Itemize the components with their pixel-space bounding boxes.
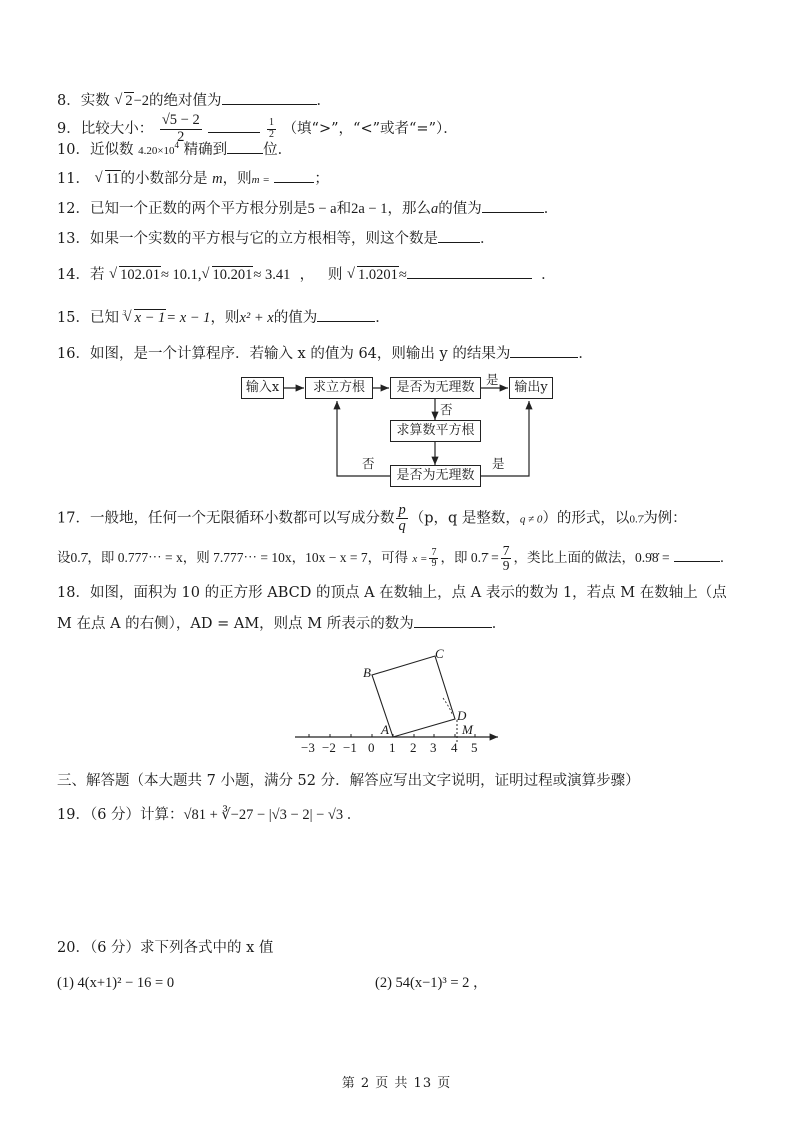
question-20: 20．（6 分）求下列各式中的 x 值 [57, 938, 273, 958]
flow-label-no-1: 否 [440, 400, 453, 418]
point-label-b: B [363, 665, 371, 681]
flow-input: 输入x [241, 377, 284, 399]
answer-blank[interactable] [674, 547, 720, 562]
answer-blank[interactable] [414, 613, 492, 628]
page-footer: 第 2 页 共 13 页 [0, 1072, 793, 1091]
question-18-line-1: 18．如图，面积为 10 的正方形 ABCD 的顶点 A 在数轴上，点 A 表示… [57, 583, 727, 603]
question-20-part-2: (2) 54(x−1)³ = 2 ， [375, 973, 488, 993]
flow-label-no-2: 否 [362, 454, 375, 472]
question-18-line-2: M 在点 A 的右侧），AD = AM，则点 M 所表示的数为． [57, 613, 506, 634]
flowchart: 输入x 求立方根 是否为无理数 输出y 求算数平方根 是否为无理数 是 否 否 … [0, 0, 793, 500]
point-label-a: A [381, 722, 389, 738]
section-heading-3: 三、解答题（本大题共 7 小题，满分 52 分．解答应写出文字说明，证明过程或演… [57, 771, 640, 791]
flow-label-yes-2: 是 [492, 454, 505, 472]
point-label-m: M [462, 722, 473, 738]
flow-irrational-check-2: 是否为无理数 [390, 465, 481, 487]
question-17-line-2: 设0.7̇，即 0.777⋯ = x，则 7.777⋯ = 10x，10x − … [57, 543, 733, 574]
number-line-figure: B C D A M −3 −2 −1 0 1 2 3 4 5 [280, 640, 510, 760]
point-label-c: C [435, 646, 444, 662]
question-20-part-1: (1) 4(x+1)² − 16 = 0 [57, 973, 174, 993]
question-19: 19．（6 分）计算：√81 + ∛−27 − |√3 − 2| − √3 ． [57, 805, 361, 825]
fraction-p-q: pq [396, 503, 407, 534]
flow-output: 输出y [509, 377, 553, 399]
flow-cube-root: 求立方根 [305, 377, 373, 399]
question-17-line-1: 17．一般地，任何一个无限循环小数都可以写成分数pq（p，q 是整数，q ≠ 0… [57, 503, 687, 535]
flow-label-yes-1: 是 [486, 370, 499, 388]
flow-irrational-check-1: 是否为无理数 [390, 377, 481, 399]
flow-square-root: 求算数平方根 [390, 420, 481, 442]
